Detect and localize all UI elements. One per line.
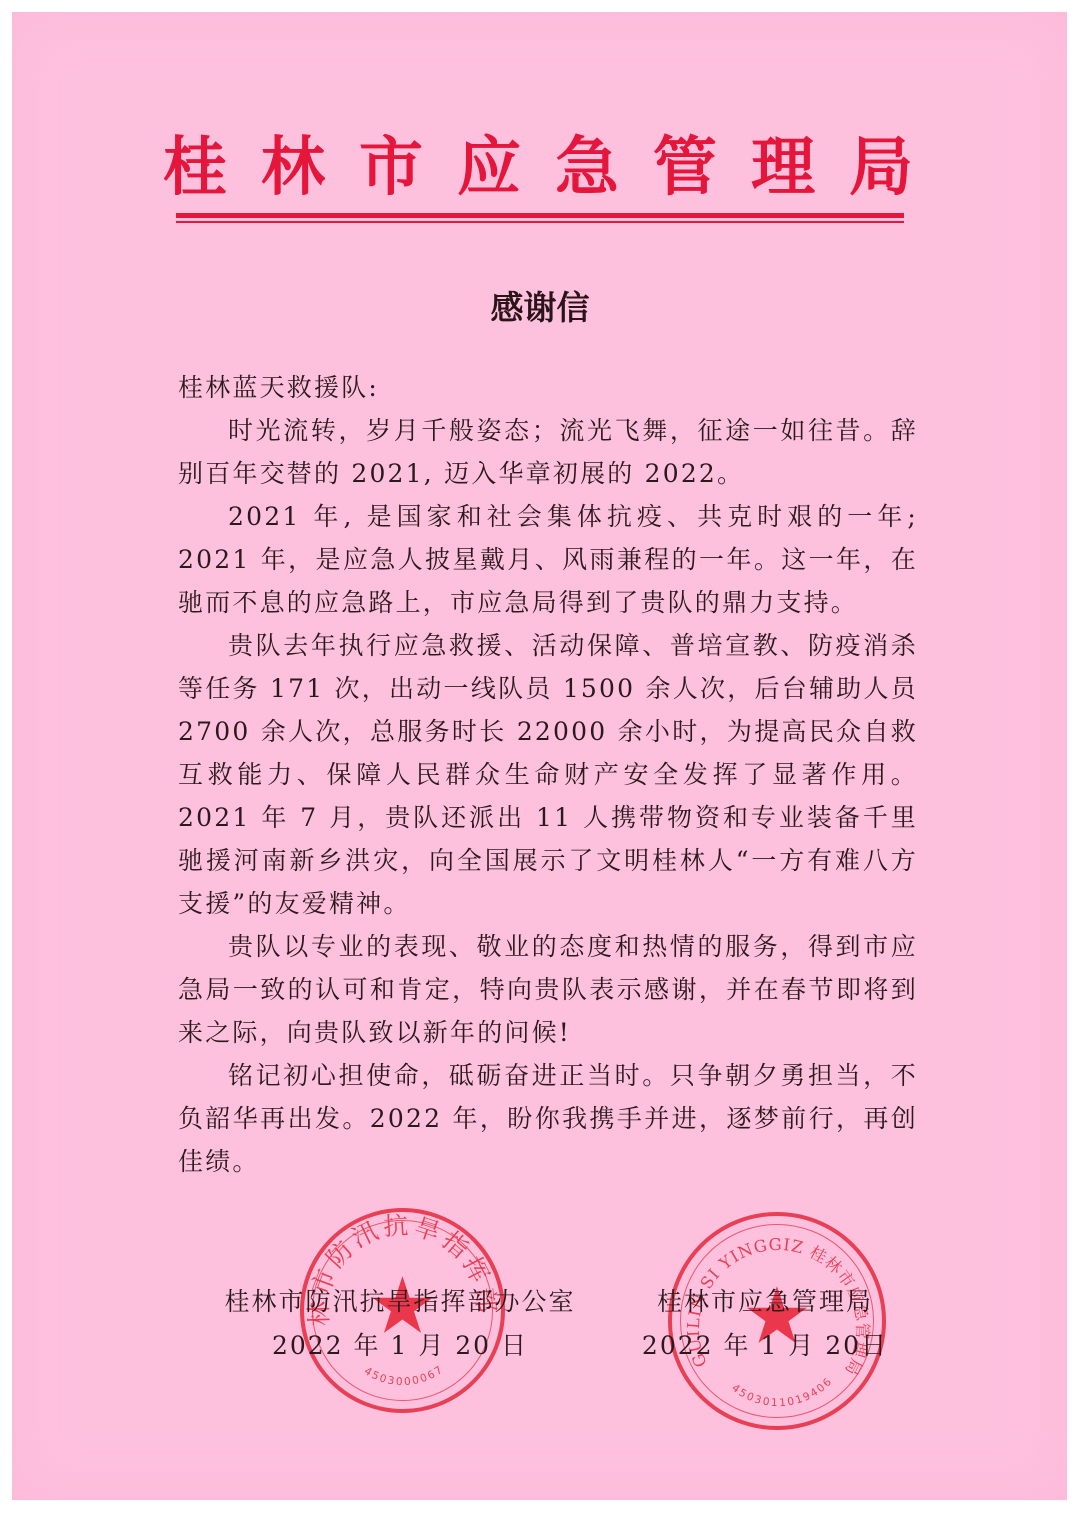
paragraph-1: 时光流转，岁月千般姿态；流光飞舞，征途一如往昔。辞别百年交替的 2021, 迈入… xyxy=(178,409,918,495)
paragraph-4: 贵队以专业的表现、敬业的态度和热情的服务，得到市应急局一致的认可和肯定，特向贵队… xyxy=(178,925,918,1054)
signature-org: 桂林市防汛抗旱指挥部办公室 xyxy=(205,1280,595,1324)
signature-block-flood-office: 桂林市防汛抗旱指挥部办公室 2022 年 1 月 20 日 xyxy=(205,1280,595,1368)
document-title: 感谢信 xyxy=(0,282,1080,329)
paragraph-3: 贵队去年执行应急救援、活动保障、普培宣教、防疫消杀等任务 171 次，出动一线队… xyxy=(178,624,918,925)
signature-block-emergency-bureau: 桂林市应急管理局 2022 年 1 月 20日 xyxy=(640,1280,890,1368)
signature-date: 2022 年 1 月 20日 xyxy=(640,1324,890,1368)
paragraph-5: 铭记初心担使命，砥砺奋进正当时。只争朝夕勇担当，不负韶华再出发。2022 年，盼… xyxy=(178,1054,918,1183)
svg-text:4503011019406: 4503011019406 xyxy=(729,1375,835,1409)
letterhead-org-name: 桂林市应急管理局 xyxy=(0,116,1080,208)
letter-body: 桂林蓝天救援队: 时光流转，岁月千般姿态；流光飞舞，征途一如往昔。辞别百年交替的… xyxy=(178,366,918,1183)
salutation: 桂林蓝天救援队: xyxy=(178,366,918,409)
signature-date: 2022 年 1 月 20 日 xyxy=(205,1324,595,1368)
paragraph-2: 2021 年, 是国家和社会集体抗疫、共克时艰的一年; 2021 年，是应急人披… xyxy=(178,495,918,624)
letterhead-rule-thick xyxy=(176,213,904,218)
letterhead-rule-thin xyxy=(176,221,904,223)
signature-org: 桂林市应急管理局 xyxy=(640,1280,890,1324)
